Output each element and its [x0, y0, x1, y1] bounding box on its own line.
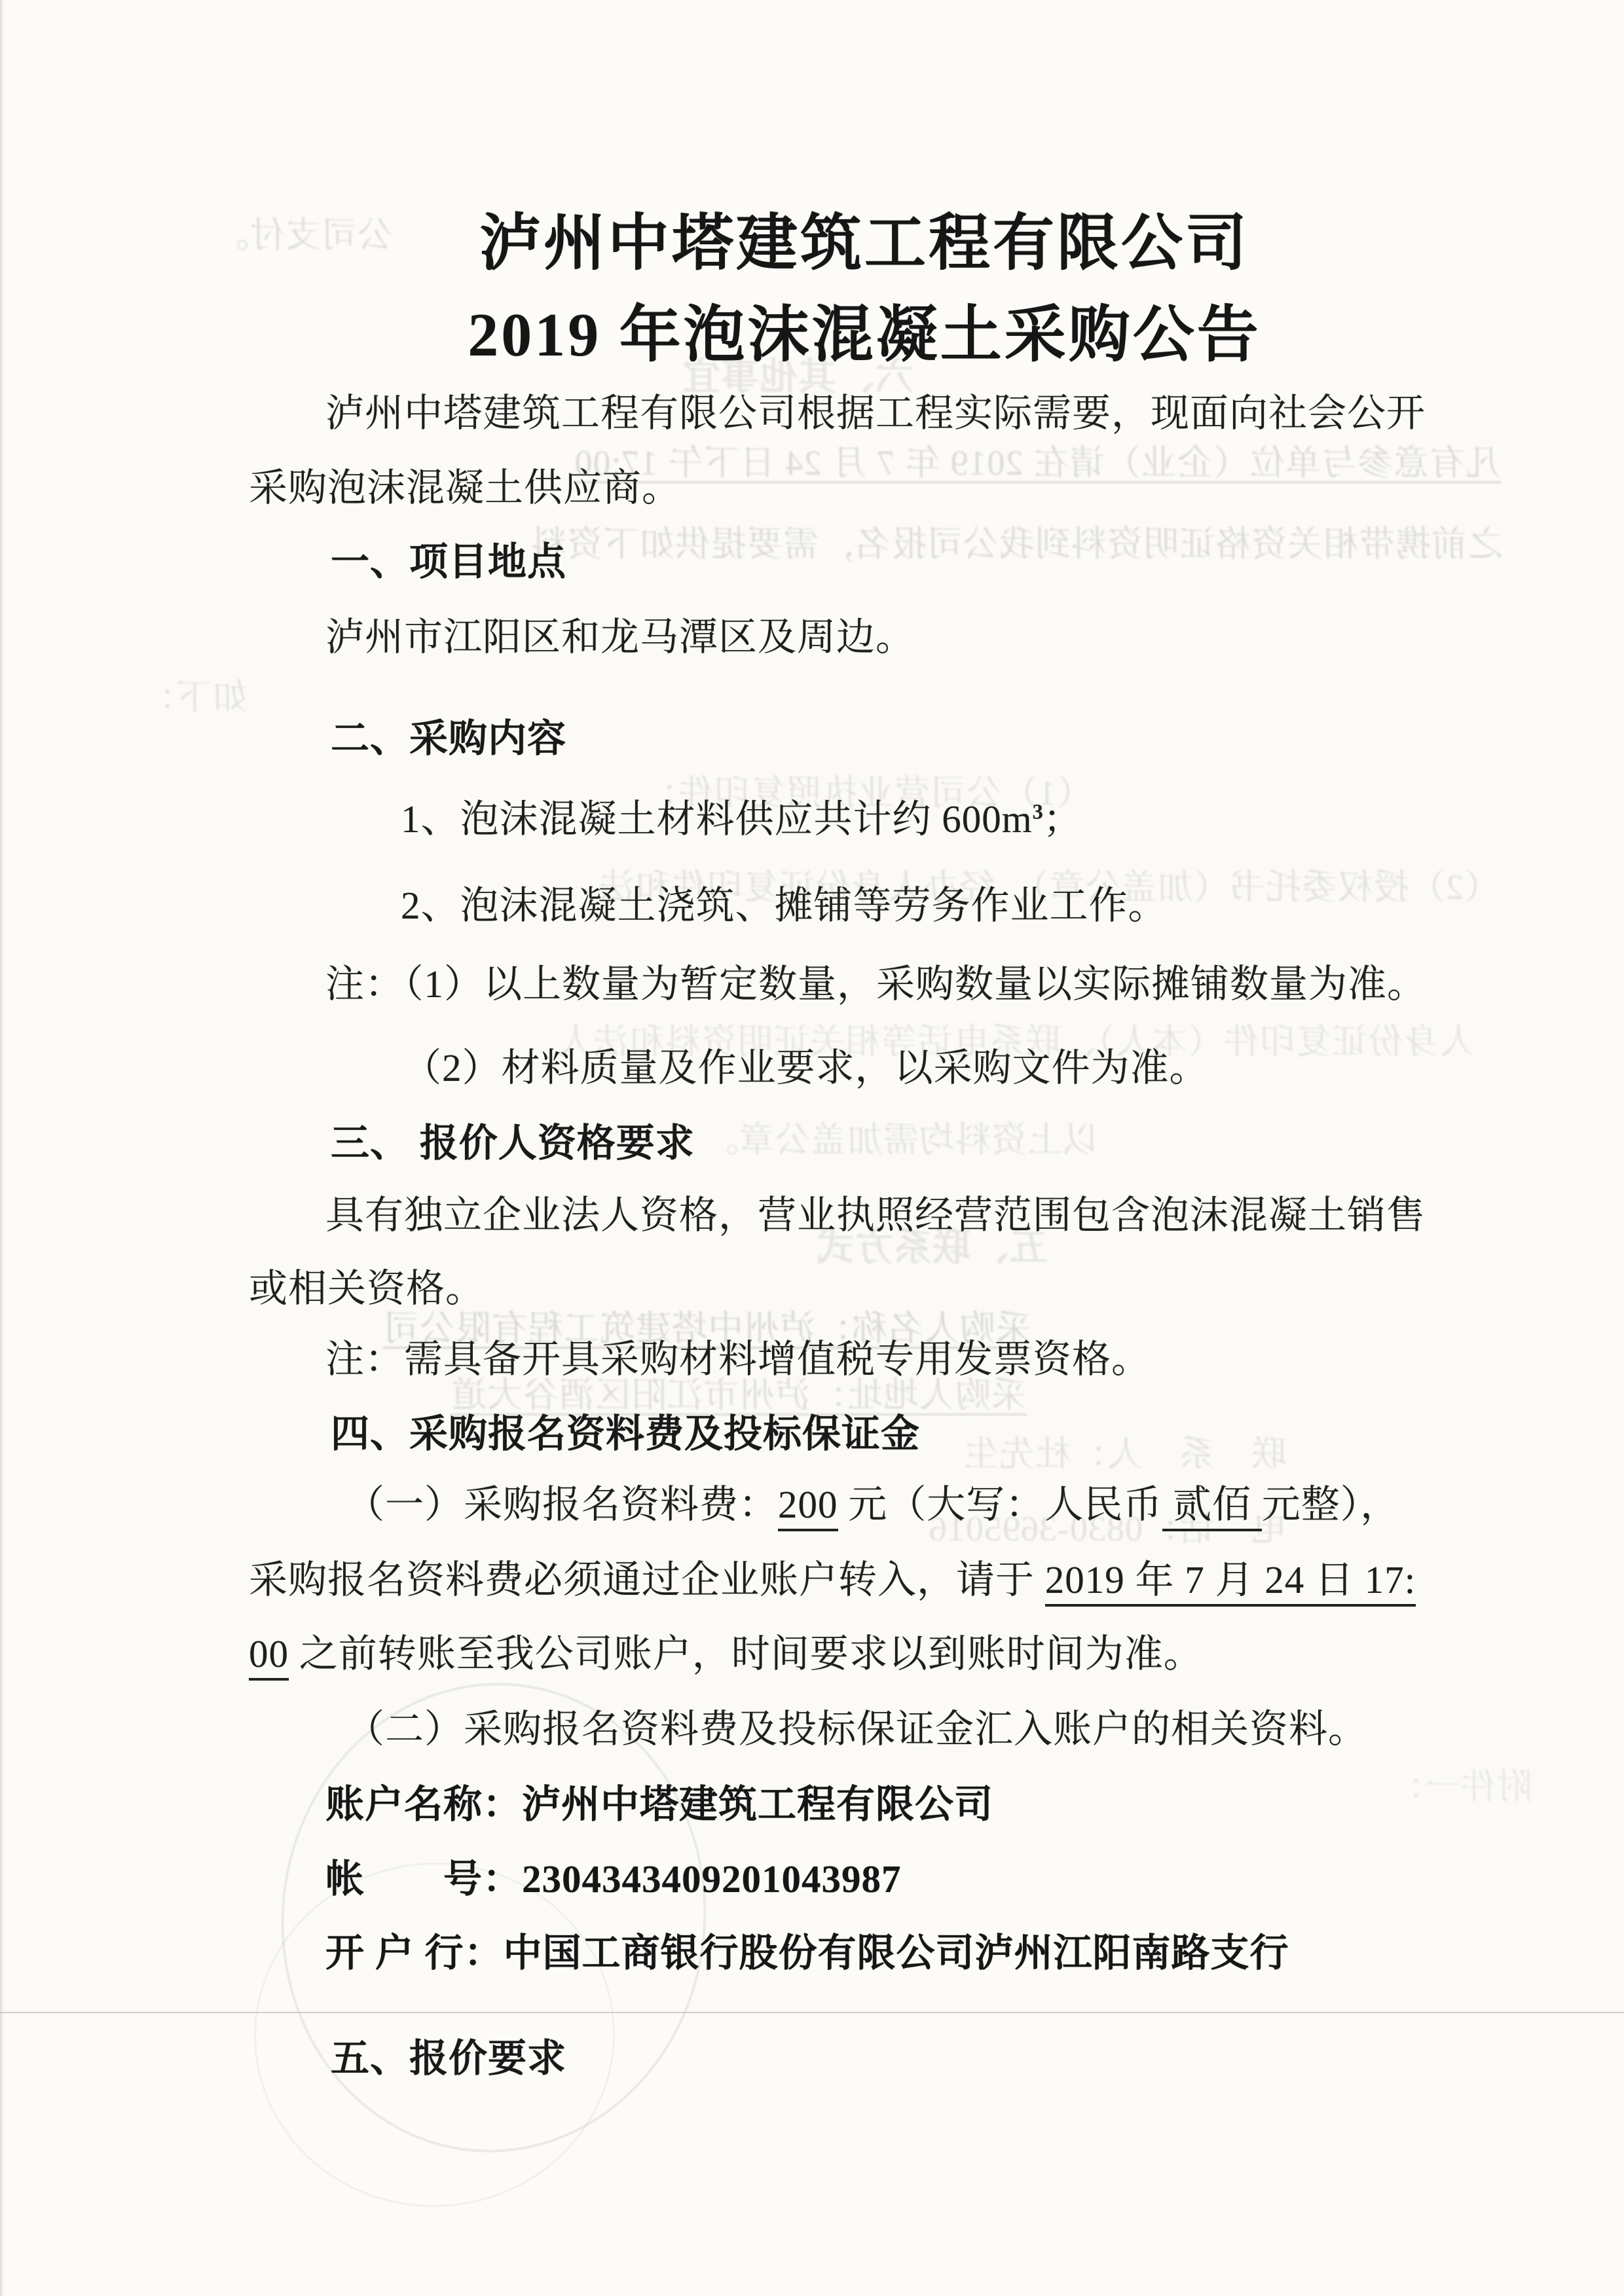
- section4-transfer-line1: 采购报名资料费必须通过企业账户转入，请于 2019 年 7 月 24 日 17:: [249, 1548, 1416, 1604]
- transfer-tail: 之前转账至我公司账户，时间要求以到账时间为准。: [289, 1632, 1203, 1675]
- section4-account-intro: （二）采购报名资料费及投标保证金汇入账户的相关资料。: [346, 1698, 1367, 1753]
- bleedthrough-text: 附件一：: [1388, 1758, 1532, 1809]
- scan-edge-shadow: [0, 0, 4, 2296]
- account-name: 账户名称：泸州中塔建筑工程有限公司: [325, 1773, 993, 1829]
- section4-fee-line: （一）采购报名资料费：200 元（大写：人民币 贰佰 元整），: [346, 1473, 1399, 1529]
- fee-amount-capital: 贰佰: [1162, 1483, 1262, 1531]
- section2-heading: 二、采购内容: [331, 707, 566, 763]
- section5-heading: 五、报价要求: [331, 2027, 566, 2083]
- bleedthrough-text: 如下：: [110, 669, 248, 720]
- section3-body-line1: 具有独立企业法人资格，营业执照经营范围包含泡沫混凝土销售: [325, 1184, 1426, 1239]
- transfer-deadline-cont: 00: [249, 1632, 289, 1681]
- section3-body-line2: 或相关资格。: [249, 1257, 485, 1313]
- document-title-line2: 2019 年泡沫混凝土采购公告: [105, 285, 1624, 373]
- intro-line1: 泸州中塔建筑工程有限公司根据工程实际需要，现面向社会公开: [325, 382, 1426, 437]
- section3-note: 注：需具备开具采购材料增值税专用发票资格。: [325, 1328, 1151, 1383]
- transfer-deadline: 2019 年 7 月 24 日 17:: [1045, 1558, 1416, 1607]
- bleedthrough-text: 联 系 人：杜先生: [930, 1426, 1287, 1476]
- section1-heading: 一、项目地点: [331, 530, 566, 586]
- section2-item1: 1、泡沫混凝土材料供应共计约 600m3；: [401, 788, 1082, 843]
- section2-note2: （2）材料质量及作业要求，以采购文件为准。: [403, 1036, 1209, 1092]
- item1-punct: ；: [1043, 797, 1082, 841]
- account-number: 帐 号：2304343409201043987: [325, 1848, 902, 1903]
- fee-mid: 元（大写：人民币: [838, 1483, 1163, 1526]
- section2-item2: 2、泡沫混凝土浇筑、摊铺等劳务作业工作。: [401, 874, 1168, 930]
- scanned-document-page: 公司支付。六、其他事宜凡有意参与单位（企业）请在 2019 年 7 月 24 日…: [0, 0, 1624, 2296]
- fee-tail: 元整），: [1262, 1483, 1400, 1526]
- fee-label: （一）采购报名资料费：: [346, 1483, 778, 1526]
- intro-line2: 采购泡沫混凝土供应商。: [249, 456, 681, 512]
- account-bank: 开 户 行：中国工商银行股份有限公司泸州江阳南路支行: [325, 1922, 1289, 1977]
- transfer-pre: 采购报名资料费必须通过企业账户转入，请于: [249, 1558, 1045, 1601]
- item1-superscript: 3: [1033, 800, 1043, 824]
- section2-note1: 注：（1）以上数量为暂定数量，采购数量以实际摊铺数量为准。: [325, 953, 1426, 1008]
- fee-amount: 200: [778, 1483, 838, 1531]
- section3-heading: 三、 报价人资格要求: [331, 1112, 695, 1167]
- section1-body: 泸州市江阳区和龙马潭区及周边。: [325, 606, 915, 661]
- section4-heading: 四、采购报名资料费及投标保证金: [331, 1402, 920, 1458]
- section4-transfer-line2: 00 之前转账至我公司账户，时间要求以到账时间为准。: [249, 1622, 1203, 1678]
- item1-text: 1、泡沫混凝土材料供应共计约 600m: [401, 797, 1033, 841]
- document-title-line1: 泸州中塔建筑工程有限公司: [105, 193, 1624, 282]
- scan-fold-line: [0, 2012, 1624, 2013]
